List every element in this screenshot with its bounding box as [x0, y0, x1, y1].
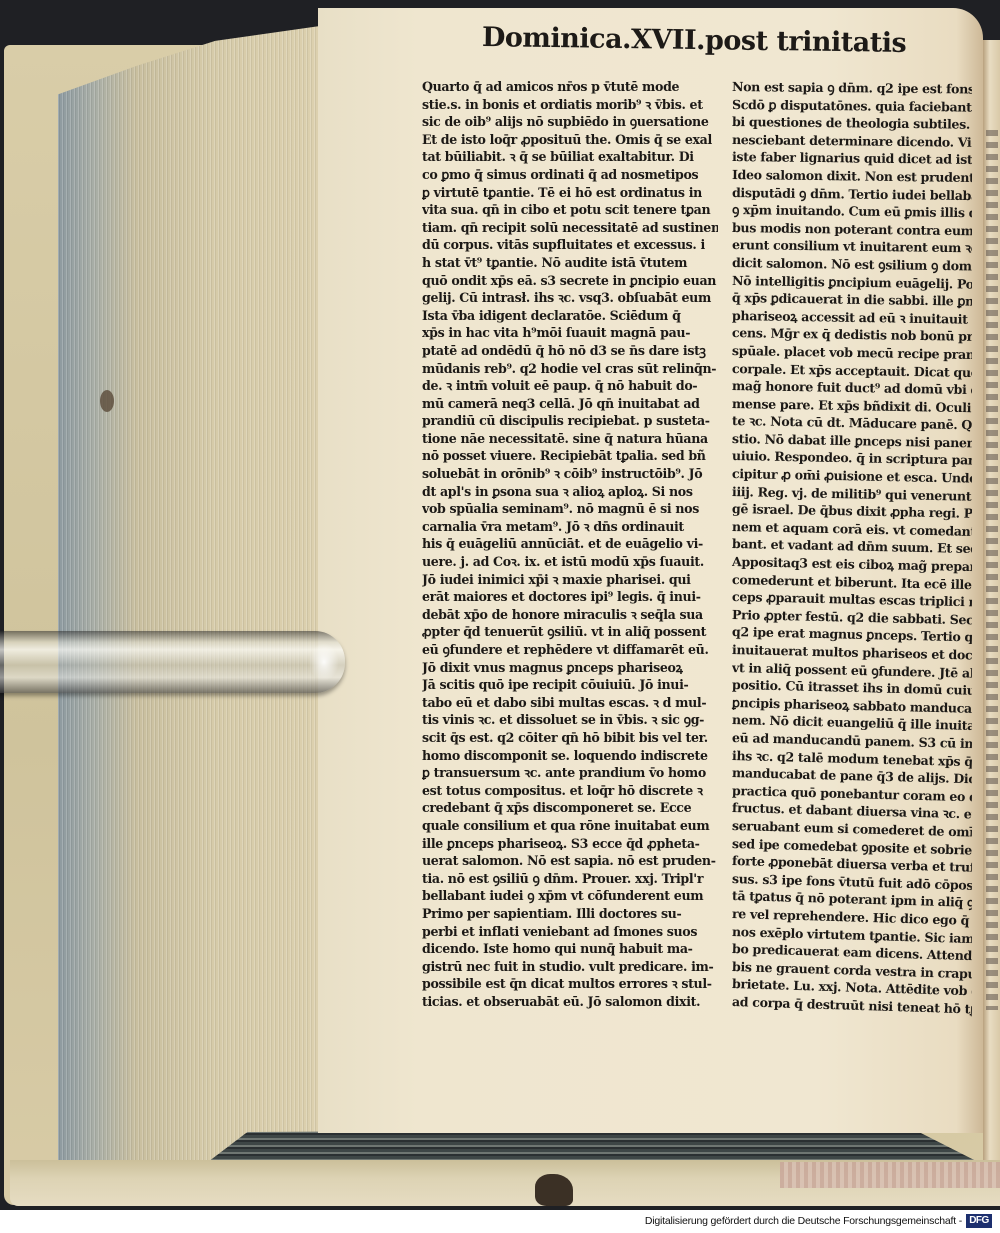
- text-line: prandiū cū discipulis recipiebat. p sust…: [422, 412, 718, 430]
- cover-stain: [535, 1174, 573, 1206]
- text-line: nō posset viuere. Recipiebāt tꝑalia. sed…: [422, 447, 718, 465]
- text-line: tabo eū et dabo sibi multas escas. ꝛ d m…: [422, 694, 718, 712]
- text-line: dū corpus. vitās supfluitates et excessu…: [422, 236, 718, 254]
- text-line: ticias. et obseruabāt eū. Jō salomon dix…: [422, 993, 718, 1011]
- text-line: vob spūalia seminam⁹. nō magnū ē si nos: [422, 500, 718, 518]
- text-line: gistrū nec fuit in studio. vult predicar…: [422, 958, 718, 976]
- text-line: eū ꝯfundere et rephēdere vt diffamarēt e…: [422, 641, 718, 659]
- text-line: possibile est q̄n dicat multos errores ꝛ…: [422, 975, 718, 993]
- text-line: tia. nō est ꝯsiliū ꝯ dn̄m. Prouer. xxj. …: [422, 870, 718, 888]
- running-head: Dominica.XVII.post trinitatis: [482, 22, 912, 59]
- text-line: mūdanis reb⁹. q2 hodie vel cras sūt reli…: [422, 360, 718, 378]
- text-line: co ꝑmo q̄ simus ordinati q̄ ad nosmetipo…: [422, 166, 718, 184]
- dfg-logo: DFG: [966, 1214, 992, 1228]
- binding-tie: [780, 1162, 1000, 1188]
- text-line: de. ꝛ intm̄ voluit eē paup. q̄ nō habuit…: [422, 377, 718, 395]
- text-line: Jō iudei inimici xp̄i ꝛ maxie pharisei. …: [422, 571, 718, 589]
- text-line: mū camerā neq3 cellā. Jō qn̄ inuitabat a…: [422, 395, 718, 413]
- text-line: ꝑ transuersum ꝛc. ante prandium v̄o homo: [422, 764, 718, 782]
- text-line: ꝑ virtutē tꝑantie. Tē ei hō est ordinatu…: [422, 184, 718, 202]
- text-line: quale consilium et qua rōne inuitabat eu…: [422, 817, 718, 835]
- page-edge-stain: [100, 390, 114, 412]
- glass-page-weight-rod: [0, 631, 345, 693]
- text-line: tis vinis ꝛc. et dissoluet se in v̄bis. …: [422, 711, 718, 729]
- funding-credit: Digitalisierung gefördert durch die Deut…: [645, 1215, 962, 1227]
- text-line: erāt maiores et doctores ipi⁹ legis. q̄ …: [422, 588, 718, 606]
- text-line: tione nāe necessitatē. sine q̄ natura hū…: [422, 430, 718, 448]
- text-line: ꝓpter q̄d tenuerūt ꝯsiliū. vt in aliq̄ p…: [422, 623, 718, 641]
- text-line: gelij. Cū intrasł. ihs ꝛc. vsq3. obſuabā…: [422, 289, 718, 307]
- text-line: perbi et inflati veniebant ad ſmones suo…: [422, 923, 718, 941]
- text-line: dt apl's in ꝑsona sua ꝛ alioꝝ aploꝝ. Si …: [422, 483, 718, 501]
- text-line: uerat salomon. Nō est sapia. nō est prud…: [422, 852, 718, 870]
- text-line: Ideo salomon dixit. Non est prudentia ꝯ: [732, 166, 972, 187]
- fore-edge-page-block: [58, 26, 320, 1166]
- text-line: ille ꝑnceps phariseoꝝ. S3 ecce q̄d ꝓphet…: [422, 835, 718, 853]
- text-line: homo discomponit se. loquendo indiscrete: [422, 747, 718, 765]
- left-text-column: Quarto q̄ ad amicos nr̄os p v̄tutē modes…: [422, 78, 718, 1010]
- text-line: est totus compositus. et loq̄r hō discre…: [422, 782, 718, 800]
- text-line: tiam. qn̄ recipit solū necessitatē ad su…: [422, 219, 718, 237]
- text-line: his q̄ euāgeliū annūciāt. et de euāgelio…: [422, 535, 718, 553]
- text-line: Ista v̄ba idigent declaratōe. Sciēdum q̄: [422, 307, 718, 325]
- text-line: stie.s. in bonis et ordiatis morib⁹ ꝛ v̄…: [422, 96, 718, 114]
- text-line: xp̄s in hac vita h⁹mōi ſuauit magnā pau-: [422, 324, 718, 342]
- text-line: Non est sapia ꝯ dn̄m. q2 ipe est fons sa…: [732, 78, 972, 98]
- text-line: Jā scitis quō ipe recipit cōuiuiū. Jō in…: [422, 676, 718, 694]
- text-line: vita sua. qn̄ in cibo et potu scit tener…: [422, 201, 718, 219]
- text-line: ptatē ad ondēdū q̄ hō nō d3 se n̄s dare …: [422, 342, 718, 360]
- text-line: uere. j. ad Coꝛ. ix. et istū modū xp̄s ſ…: [422, 553, 718, 571]
- cover-bottom-edge: [10, 1160, 1000, 1206]
- text-line: scit q̄s est. q2 cōiter qn̄ hō bibit bis…: [422, 729, 718, 747]
- right-text-column: Non est sapia ꝯ dn̄m. q2 ipe est fons sa…: [732, 78, 972, 1010]
- facing-page-text: [986, 130, 998, 1010]
- text-line: h stat v̄t⁹ tꝑantie. Nō audite istā v̄tu…: [422, 254, 718, 272]
- text-line: debāt xp̄o de honore miraculis ꝛ seq̄la …: [422, 606, 718, 624]
- text-line: soluebāt in orōnib⁹ ꝛ cōib⁹ instructōib⁹…: [422, 465, 718, 483]
- text-line: Primo per sapientiam. Illi doctores su-: [422, 905, 718, 923]
- text-line: quō ondit xp̄s eā. s3 secrete in ꝑncipio…: [422, 272, 718, 290]
- text-line: credebant q̄ xp̄s discomponeret se. Ecce: [422, 799, 718, 817]
- text-line: tat būiliabit. ꝛ q̄ se būiliat exaltabit…: [422, 148, 718, 166]
- text-line: carnalia v̄ra metam⁹. Jō ꝛ dn̄s ordinaui…: [422, 518, 718, 536]
- text-line: sic de oib⁹ alijs nō supbiēdo in ꝯuersat…: [422, 113, 718, 131]
- footer-bar: Digitalisierung gefördert durch die Deut…: [0, 1210, 1000, 1233]
- text-line: bellabant iudei ꝯ xp̄m vt cōfunderent eu…: [422, 887, 718, 905]
- text-line: Quarto q̄ ad amicos nr̄os p v̄tutē mode: [422, 78, 718, 96]
- text-line: Et de isto loq̄r ꝓposituū the. Omis q̄ s…: [422, 131, 718, 149]
- book-scan: Dominica.XVII.post trinitatis Quarto q̄ …: [0, 0, 1000, 1210]
- text-line: dicendo. Iste homo qui nunq̄ habuit ma-: [422, 940, 718, 958]
- text-line: Jō dixit vnus magnus ꝑnceps phariseoꝝ: [422, 659, 718, 677]
